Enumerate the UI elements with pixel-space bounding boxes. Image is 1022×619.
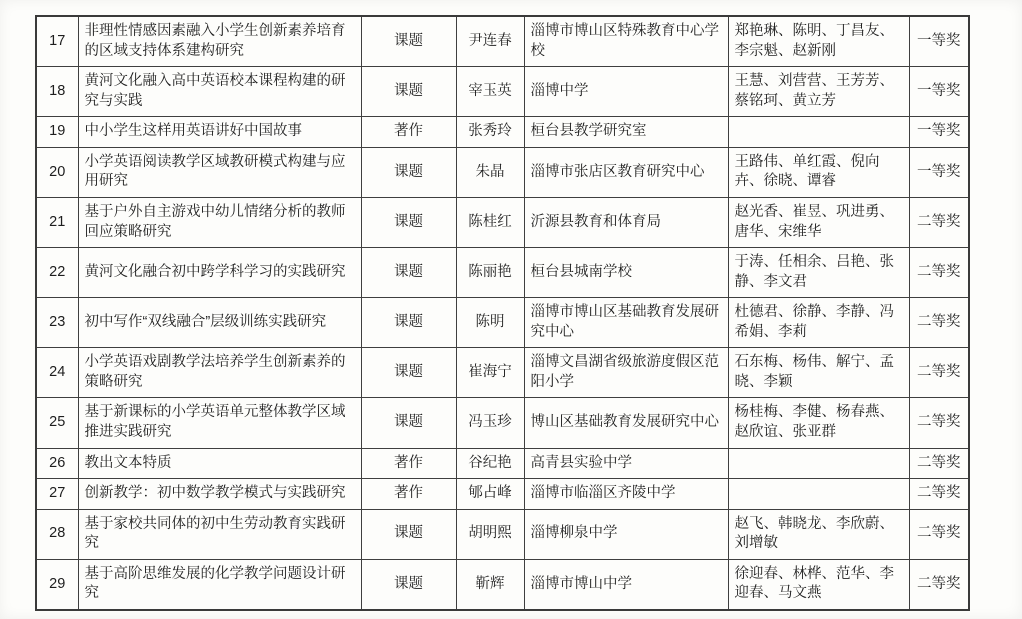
lead-person-cell: 谷纪艳 <box>456 448 524 479</box>
table-row: 19中小学生这样用英语讲好中国故事著作张秀玲桓台县教学研究室一等奖 <box>36 117 969 148</box>
table-row: 26教出文本特质著作谷纪艳高青县实验中学二等奖 <box>36 448 969 479</box>
title-cell: 基于家校共同体的初中生劳动教育实践研究 <box>78 509 361 559</box>
members-cell: 杨桂梅、李健、杨春燕、赵欣谊、张亚群 <box>728 398 909 448</box>
type-cell: 课题 <box>361 398 456 448</box>
table-row: 21基于户外自主游戏中幼儿情绪分析的教师回应策略研究课题陈桂红沂源县教育和体育局… <box>36 197 969 247</box>
lead-person-cell: 朱晶 <box>456 147 524 197</box>
type-cell: 课题 <box>361 16 456 67</box>
award-cell: 一等奖 <box>909 67 969 117</box>
award-cell: 一等奖 <box>909 16 969 67</box>
members-cell <box>728 479 909 510</box>
type-cell: 著作 <box>361 117 456 148</box>
award-cell: 二等奖 <box>909 348 969 398</box>
table-row: 20小学英语阅读教学区域教研模式构建与应用研究课题朱晶淄博市张店区教育研究中心王… <box>36 147 969 197</box>
table-row: 27创新教学：初中数学教学模式与实践研究著作郇占峰淄博市临淄区齐陵中学二等奖 <box>36 479 969 510</box>
type-cell: 课题 <box>361 559 456 610</box>
table-row: 18黄河文化融入高中英语校本课程构建的研究与实践课题宰玉英淄博中学王慧、刘营营、… <box>36 67 969 117</box>
award-cell: 一等奖 <box>909 147 969 197</box>
award-cell: 二等奖 <box>909 509 969 559</box>
title-cell: 基于高阶思维发展的化学教学问题设计研究 <box>78 559 361 610</box>
title-cell: 中小学生这样用英语讲好中国故事 <box>78 117 361 148</box>
title-cell: 黄河文化融入高中英语校本课程构建的研究与实践 <box>78 67 361 117</box>
members-cell: 郑艳琳、陈明、丁昌友、李宗魁、赵新刚 <box>728 16 909 67</box>
type-cell: 课题 <box>361 298 456 348</box>
members-cell <box>728 448 909 479</box>
organization-cell: 淄博市张店区教育研究中心 <box>524 147 728 197</box>
table-row: 29基于高阶思维发展的化学教学问题设计研究课题靳辉淄博市博山中学徐迎春、林桦、范… <box>36 559 969 610</box>
row-number-cell: 18 <box>36 67 78 117</box>
row-number-cell: 19 <box>36 117 78 148</box>
award-cell: 二等奖 <box>909 197 969 247</box>
table-row: 28基于家校共同体的初中生劳动教育实践研究课题胡明熙淄博柳泉中学赵飞、韩晓龙、李… <box>36 509 969 559</box>
lead-person-cell: 胡明熙 <box>456 509 524 559</box>
lead-person-cell: 陈丽艳 <box>456 248 524 298</box>
organization-cell: 高青县实验中学 <box>524 448 728 479</box>
organization-cell: 淄博柳泉中学 <box>524 509 728 559</box>
title-cell: 小学英语阅读教学区域教研模式构建与应用研究 <box>78 147 361 197</box>
members-cell: 于涛、任相余、吕艳、张静、李文君 <box>728 248 909 298</box>
organization-cell: 博山区基础教育发展研究中心 <box>524 398 728 448</box>
lead-person-cell: 崔海宁 <box>456 348 524 398</box>
members-cell: 石东梅、杨伟、解宁、孟晓、李颖 <box>728 348 909 398</box>
table-row: 24小学英语戏剧教学法培养学生创新素养的策略研究课题崔海宁淄博文昌湖省级旅游度假… <box>36 348 969 398</box>
organization-cell: 沂源县教育和体育局 <box>524 197 728 247</box>
title-cell: 初中写作“双线融合”层级训练实践研究 <box>78 298 361 348</box>
lead-person-cell: 郇占峰 <box>456 479 524 510</box>
type-cell: 课题 <box>361 248 456 298</box>
members-cell <box>728 117 909 148</box>
title-cell: 基于新课标的小学英语单元整体教学区域推进实践研究 <box>78 398 361 448</box>
row-number-cell: 26 <box>36 448 78 479</box>
members-cell: 杜德君、徐静、李静、冯希娟、李莉 <box>728 298 909 348</box>
table-row: 25基于新课标的小学英语单元整体教学区域推进实践研究课题冯玉珍博山区基础教育发展… <box>36 398 969 448</box>
row-number-cell: 23 <box>36 298 78 348</box>
scanned-document-page: 17非理性情感因素融入小学生创新素养培育的区域支持体系建构研究课题尹连春淄博市博… <box>0 0 1022 619</box>
table-row: 17非理性情感因素融入小学生创新素养培育的区域支持体系建构研究课题尹连春淄博市博… <box>36 16 969 67</box>
lead-person-cell: 靳辉 <box>456 559 524 610</box>
row-number-cell: 29 <box>36 559 78 610</box>
row-number-cell: 22 <box>36 248 78 298</box>
award-cell: 二等奖 <box>909 479 969 510</box>
awards-table: 17非理性情感因素融入小学生创新素养培育的区域支持体系建构研究课题尹连春淄博市博… <box>35 15 970 611</box>
award-cell: 二等奖 <box>909 398 969 448</box>
table-row: 22黄河文化融合初中跨学科学习的实践研究课题陈丽艳桓台县城南学校于涛、任相余、吕… <box>36 248 969 298</box>
organization-cell: 淄博中学 <box>524 67 728 117</box>
members-cell: 赵光香、崔昱、巩进勇、唐华、宋维华 <box>728 197 909 247</box>
type-cell: 课题 <box>361 348 456 398</box>
organization-cell: 淄博市临淄区齐陵中学 <box>524 479 728 510</box>
award-cell: 一等奖 <box>909 117 969 148</box>
award-cell: 二等奖 <box>909 448 969 479</box>
organization-cell: 桓台县教学研究室 <box>524 117 728 148</box>
row-number-cell: 24 <box>36 348 78 398</box>
table-row: 23初中写作“双线融合”层级训练实践研究课题陈明淄博市博山区基础教育发展研究中心… <box>36 298 969 348</box>
lead-person-cell: 张秀玲 <box>456 117 524 148</box>
title-cell: 非理性情感因素融入小学生创新素养培育的区域支持体系建构研究 <box>78 16 361 67</box>
organization-cell: 淄博市博山区基础教育发展研究中心 <box>524 298 728 348</box>
lead-person-cell: 陈桂红 <box>456 197 524 247</box>
title-cell: 创新教学：初中数学教学模式与实践研究 <box>78 479 361 510</box>
award-cell: 二等奖 <box>909 298 969 348</box>
type-cell: 著作 <box>361 479 456 510</box>
organization-cell: 淄博市博山区特殊教育中心学校 <box>524 16 728 67</box>
row-number-cell: 20 <box>36 147 78 197</box>
title-cell: 教出文本特质 <box>78 448 361 479</box>
lead-person-cell: 尹连春 <box>456 16 524 67</box>
award-cell: 二等奖 <box>909 248 969 298</box>
organization-cell: 淄博文昌湖省级旅游度假区范阳小学 <box>524 348 728 398</box>
title-cell: 小学英语戏剧教学法培养学生创新素养的策略研究 <box>78 348 361 398</box>
row-number-cell: 21 <box>36 197 78 247</box>
members-cell: 赵飞、韩晓龙、李欣蔚、刘增敏 <box>728 509 909 559</box>
type-cell: 课题 <box>361 197 456 247</box>
title-cell: 黄河文化融合初中跨学科学习的实践研究 <box>78 248 361 298</box>
title-cell: 基于户外自主游戏中幼儿情绪分析的教师回应策略研究 <box>78 197 361 247</box>
type-cell: 课题 <box>361 67 456 117</box>
members-cell: 徐迎春、林桦、范华、李迎春、马文燕 <box>728 559 909 610</box>
lead-person-cell: 冯玉珍 <box>456 398 524 448</box>
row-number-cell: 28 <box>36 509 78 559</box>
organization-cell: 桓台县城南学校 <box>524 248 728 298</box>
members-cell: 王慧、刘营营、王芳芳、蔡铭珂、黄立芳 <box>728 67 909 117</box>
row-number-cell: 17 <box>36 16 78 67</box>
members-cell: 王路伟、单红霞、倪向卉、徐晓、谭睿 <box>728 147 909 197</box>
lead-person-cell: 宰玉英 <box>456 67 524 117</box>
lead-person-cell: 陈明 <box>456 298 524 348</box>
row-number-cell: 27 <box>36 479 78 510</box>
type-cell: 著作 <box>361 448 456 479</box>
organization-cell: 淄博市博山中学 <box>524 559 728 610</box>
type-cell: 课题 <box>361 509 456 559</box>
award-cell: 二等奖 <box>909 559 969 610</box>
type-cell: 课题 <box>361 147 456 197</box>
row-number-cell: 25 <box>36 398 78 448</box>
